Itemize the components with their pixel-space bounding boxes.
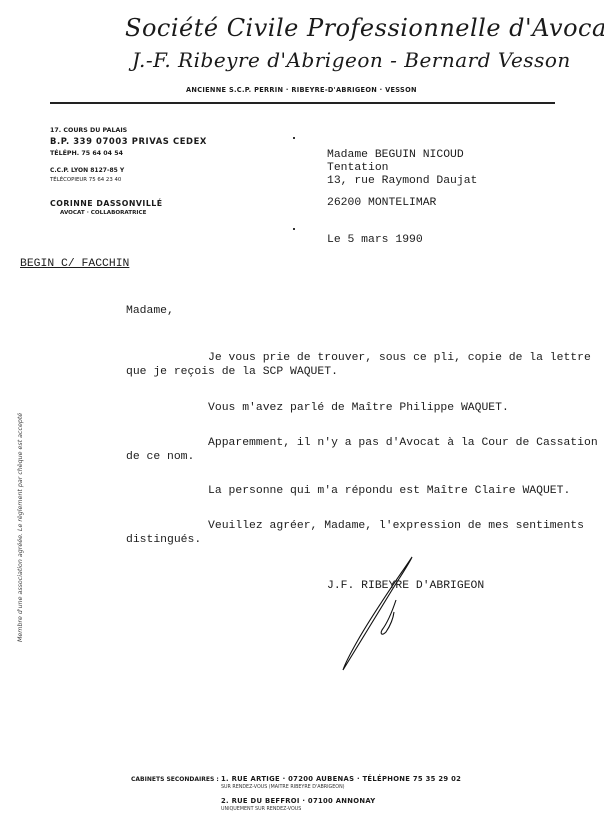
sender-street: 17. COURS DU PALAIS <box>50 127 127 134</box>
collaborator-name: CORINNE DASSONVILLÉ <box>50 199 163 208</box>
header-rule <box>50 102 555 104</box>
body-paragraph: Vous m'avez parlé de Maître Philippe WAQ… <box>126 401 509 415</box>
body-paragraph: Apparemment, il n'y a pas d'Avocat à la … <box>126 436 598 464</box>
association-note: Membre d'une association agréée. Le règl… <box>17 413 24 642</box>
handwritten-signature <box>330 550 430 680</box>
footer-office-1-note: SUR RENDEZ-VOUS (MAITRE RIBEYRE D'ABRIGE… <box>221 785 345 790</box>
recipient-name: Madame BEGUIN NICOUD <box>327 148 464 162</box>
body-paragraph: Je vous prie de trouver, sous ce pli, co… <box>126 351 591 379</box>
case-reference: BEGIN C/ FACCHIN <box>20 257 129 271</box>
former-firm-name: ANCIENNE S.C.P. PERRIN · RIBEYRE-D'ABRIG… <box>186 86 417 94</box>
body-paragraph: Veuillez agréer, Madame, l'expression de… <box>126 519 584 547</box>
footer-label: CABINETS SECONDAIRES : <box>131 776 219 783</box>
sender-fax: TÉLÉCOPIEUR 75 64 23 40 <box>50 177 121 183</box>
footer-office-2-note: UNIQUEMENT SUR RENDEZ-VOUS <box>221 807 301 812</box>
salutation: Madame, <box>126 304 174 318</box>
sender-ccp: C.C.P. LYON 8127-85 Y <box>50 167 124 174</box>
firm-partners: J.-F. Ribeyre d'Abrigeon - Bernard Vesso… <box>132 48 571 72</box>
footer-office-2: 2. RUE DU BEFFROI · 07100 ANNONAY <box>221 797 375 805</box>
recipient-street: 13, rue Raymond Daujat <box>327 174 477 188</box>
collaborator-title: AVOCAT · COLLABORATRICE <box>60 210 146 216</box>
sender-phone: TÉLÉPH. 75 64 04 54 <box>50 150 123 157</box>
firm-title: Société Civile Professionnelle d'Avocats <box>125 14 604 42</box>
footer-office-1: 1. RUE ARTIGE · 07200 AUBENAS · TÉLÉPHON… <box>221 775 461 783</box>
fold-mark-top <box>293 137 295 139</box>
recipient-line2: Tentation <box>327 161 389 175</box>
sender-postal: B.P. 339 07003 PRIVAS CEDEX <box>50 136 207 146</box>
letter-date: Le 5 mars 1990 <box>327 233 423 247</box>
body-paragraph: La personne qui m'a répondu est Maître C… <box>126 484 570 498</box>
recipient-city: 26200 MONTELIMAR <box>327 196 436 210</box>
fold-mark-bottom <box>293 228 295 230</box>
